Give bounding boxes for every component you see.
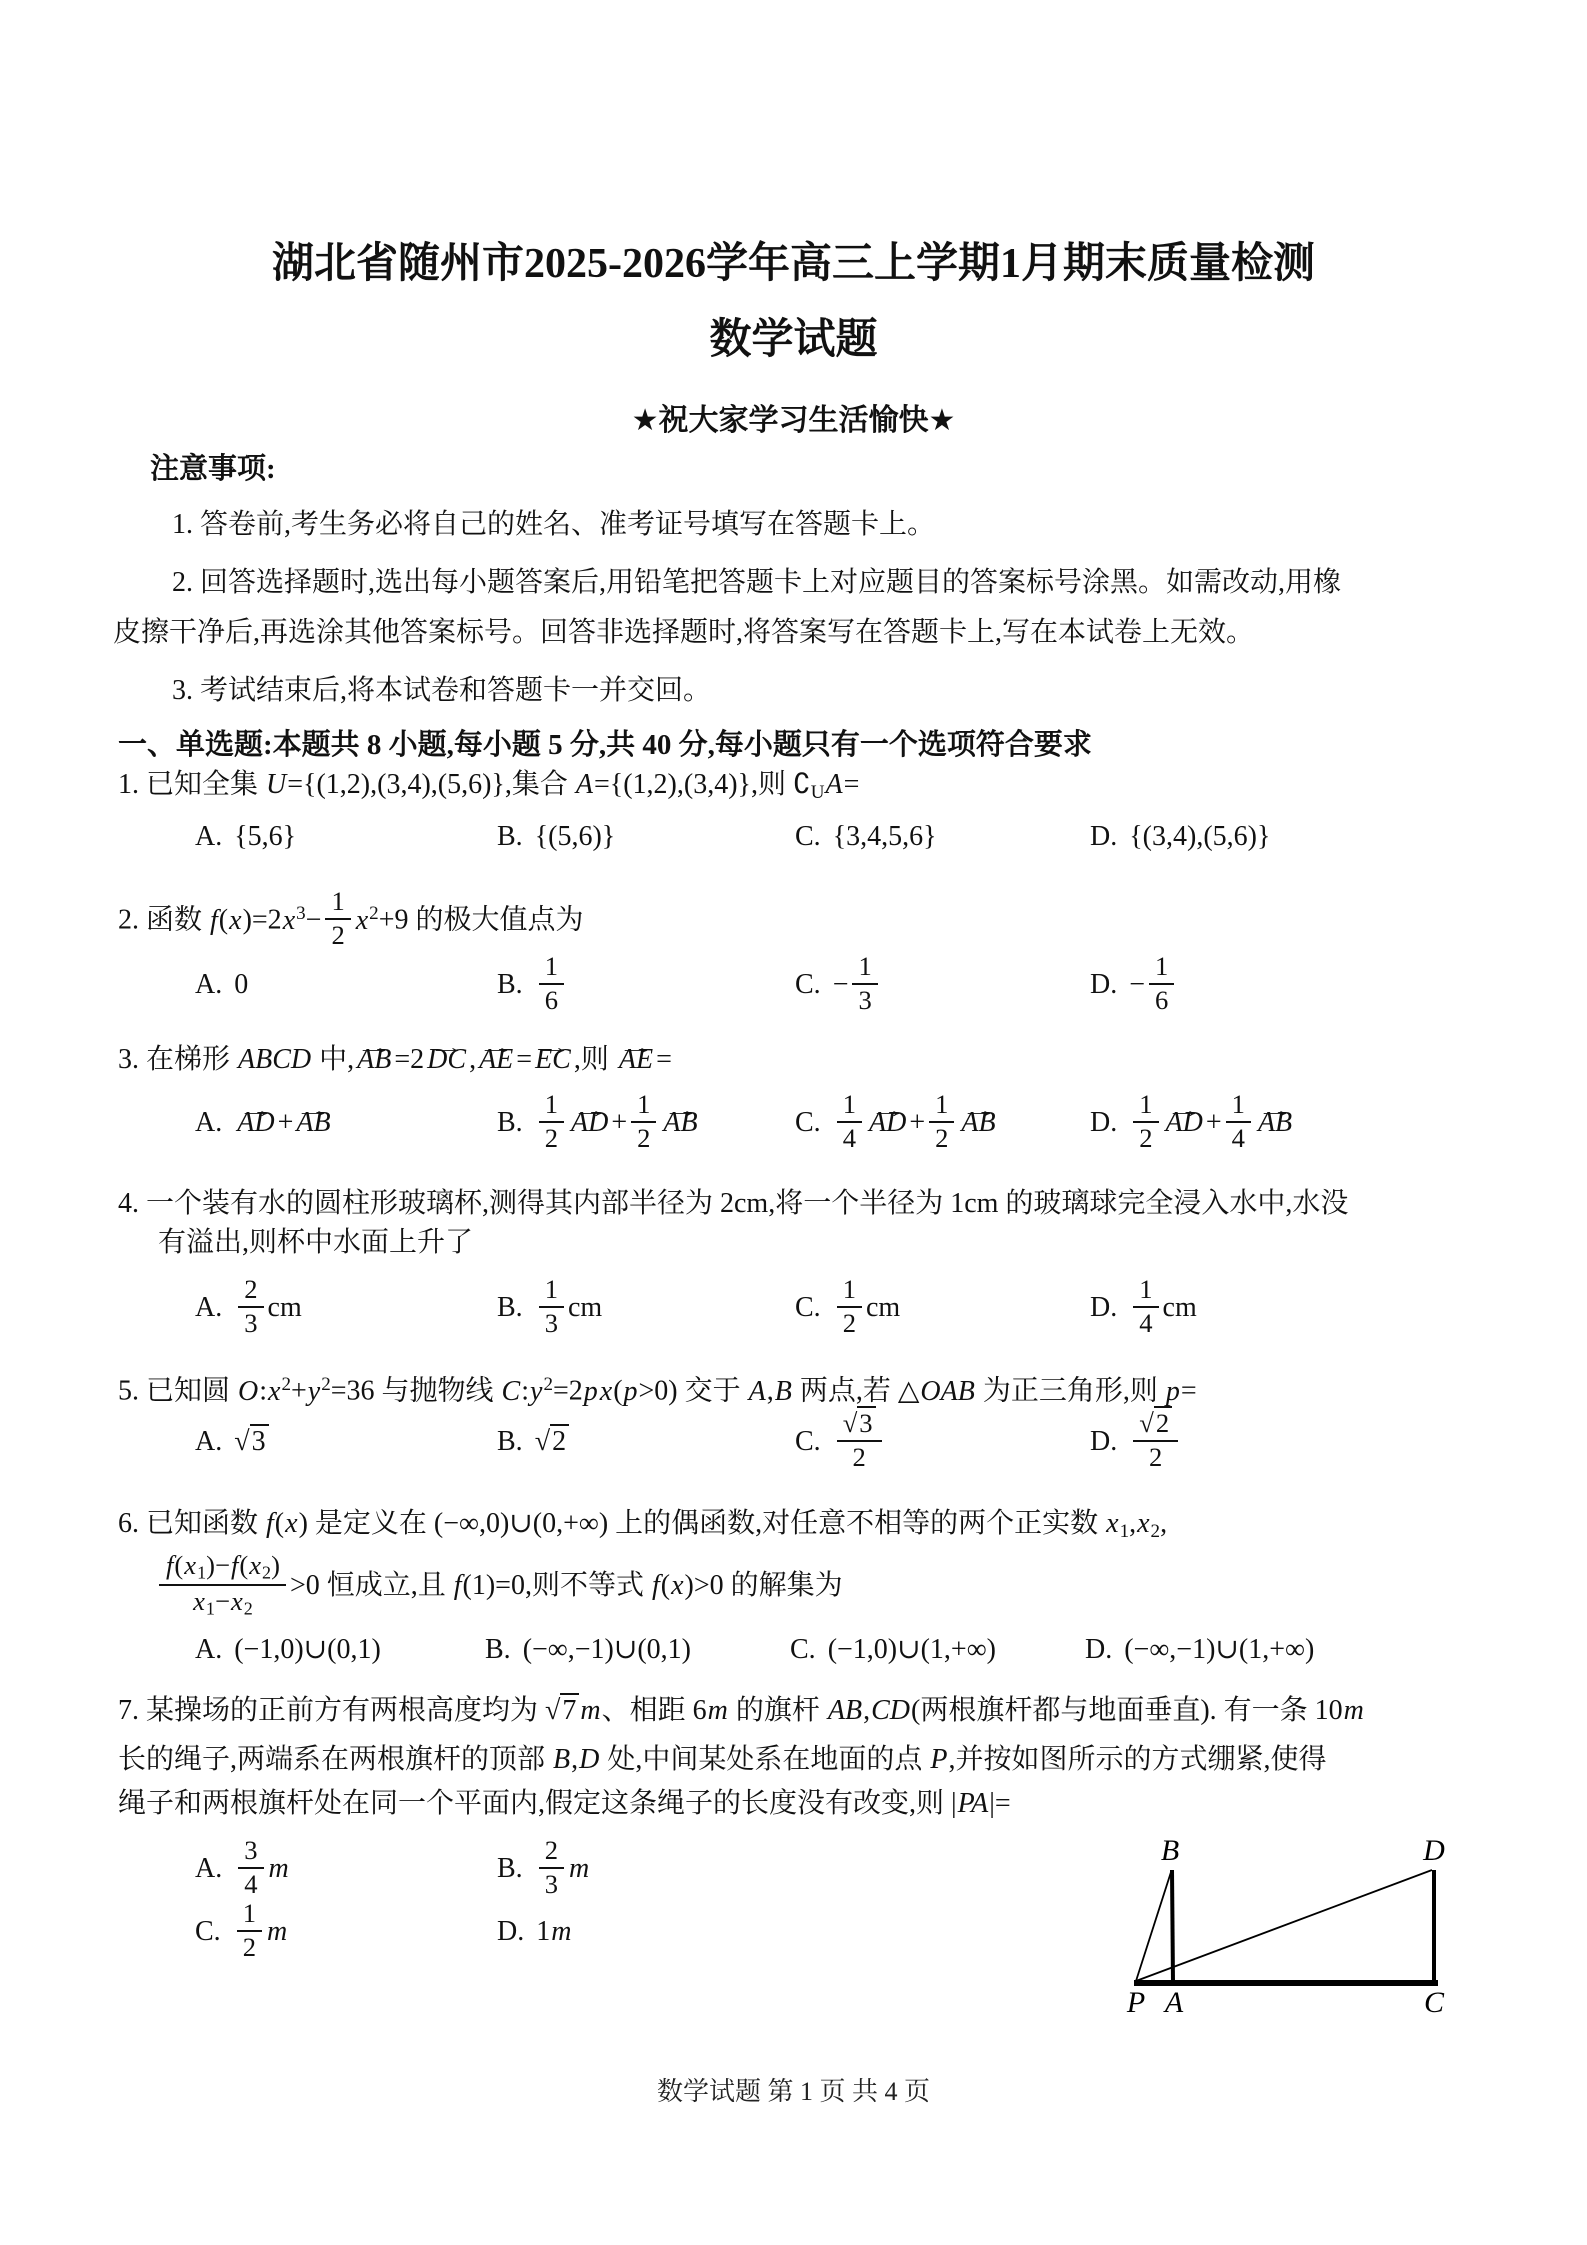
q7-stem-line-2: 长的绳子,两端系在两根旗杆的顶部 B,D 处,中间某处系在地面的点 P,并按如图…: [118, 1742, 1327, 1778]
q3-option-c: C.14AD+12AB: [795, 1085, 999, 1161]
q4-option-b: B.13cm: [497, 1270, 602, 1346]
option-label: D.: [1090, 821, 1117, 852]
notice-item-1: 1. 答卷前,考生务必将自己的姓名、准考证号填写在答题卡上。: [172, 507, 935, 543]
option-label: A.: [195, 1292, 222, 1323]
option-value: √3: [234, 1424, 268, 1457]
option-label: D.: [497, 1916, 524, 1947]
option-value: √2: [535, 1424, 569, 1457]
q3-option-b: B.12AD+12AB: [497, 1085, 701, 1161]
option-label: C.: [795, 1107, 821, 1138]
option-label: B.: [485, 1634, 511, 1665]
option-value: {(3,4),(5,6)}: [1129, 821, 1270, 852]
q2-option-b: B.16: [497, 947, 568, 1023]
option-label: C.: [195, 1916, 221, 1947]
figure-label-c: C: [1424, 1986, 1445, 2019]
option-value: (−∞,−1)∪(0,1): [523, 1634, 691, 1665]
option-value: 12cm: [833, 1292, 901, 1323]
q5-option-a: A.√3: [195, 1400, 269, 1484]
motto-line: ★祝大家学习生活愉快★: [0, 401, 1587, 441]
option-value: {3,4,5,6}: [833, 821, 937, 852]
option-value: 23m: [535, 1853, 591, 1884]
q7-option-c: C.12m: [195, 1892, 288, 1972]
option-value: AD+AB: [234, 1107, 333, 1138]
option-label: B.: [497, 1292, 523, 1323]
option-label: A.: [195, 821, 222, 852]
option-value: −13: [833, 969, 882, 1000]
option-label: B.: [497, 821, 523, 852]
option-value: (−∞,−1)∪(1,+∞): [1124, 1634, 1314, 1665]
q7-stem-line-3: 绳子和两根旗杆处在同一个平面内,假定这条绳子的长度没有改变,则 |PA|=: [118, 1786, 1011, 1822]
option-value: −16: [1129, 969, 1178, 1000]
option-label: C.: [790, 1634, 816, 1665]
q1-option-b: B.{(5,6)}: [497, 819, 615, 855]
q2-option-d: D.−16: [1090, 947, 1178, 1023]
option-label: D.: [1090, 1292, 1117, 1323]
option-label: B.: [497, 1853, 523, 1884]
option-label: C.: [795, 1426, 821, 1457]
figure-label-b: B: [1161, 1840, 1179, 1867]
option-value: {5,6}: [234, 821, 296, 852]
page-subtitle: 数学试题: [0, 315, 1587, 365]
option-label: B.: [497, 1107, 523, 1138]
q1-option-c: C.{3,4,5,6}: [795, 819, 937, 855]
q4-option-a: A.23cm: [195, 1270, 302, 1346]
rope-pb-line: [1136, 1872, 1171, 1981]
notice-item-2-line-2: 皮擦干净后,再选涂其他答案标号。回答非选择题时,将答案写在答题卡上,写在本试卷上…: [113, 615, 1254, 651]
option-label: A.: [195, 1634, 222, 1665]
page-footer: 数学试题 第 1 页 共 4 页: [0, 2071, 1587, 2108]
option-value: (−1,0)∪(1,+∞): [828, 1634, 996, 1665]
option-label: A.: [195, 1426, 222, 1457]
q4-stem-line-1: 4. 一个装有水的圆柱形玻璃杯,测得其内部半径为 2cm,将一个半径为 1cm …: [118, 1186, 1348, 1222]
flagpole-ab-line: [1172, 1870, 1173, 1983]
option-label: B.: [497, 1426, 523, 1457]
option-label: C.: [795, 1292, 821, 1323]
option-label: D.: [1085, 1634, 1112, 1665]
option-value: √32: [833, 1426, 886, 1457]
q4-option-d: D.14cm: [1090, 1270, 1197, 1346]
notice-item-2-line-1: 2. 回答选择题时,选出每小题答案后,用铅笔把答题卡上对应题目的答案标号涂黑。如…: [172, 565, 1341, 601]
section-1-heading: 一、单选题:本题共 8 小题,每小题 5 分,共 40 分,每小题只有一个选项符…: [118, 727, 1092, 763]
option-label: D.: [1090, 1107, 1117, 1138]
option-label: C.: [795, 969, 821, 1000]
q6-stem-line-2: f(x1)−f(x2)x1−x2>0 恒成立,且 f(1)=0,则不等式 f(x…: [155, 1544, 843, 1628]
q1-stem: 1. 已知全集 U={(1,2),(3,4),(5,6)},集合 A={(1,2…: [118, 767, 859, 811]
option-value: 14cm: [1129, 1292, 1197, 1323]
q7-option-d: D.1m: [497, 1892, 572, 1972]
q5-stem: 5. 已知圆 O:x2+y2=36 与抛物线 C:y2=2px(p>0) 交于 …: [118, 1366, 1197, 1411]
q4-option-c: C.12cm: [795, 1270, 900, 1346]
q3-option-a: A.AD+AB: [195, 1085, 334, 1161]
page-title: 湖北省随州市2025-2026学年高三上学期1月期末质量检测: [0, 230, 1587, 290]
q1-option-d: D.{(3,4),(5,6)}: [1090, 819, 1270, 855]
option-value: (−1,0)∪(0,1): [234, 1634, 381, 1665]
option-label: D.: [1090, 1426, 1117, 1457]
exam-paper-page: 湖北省随州市2025-2026学年高三上学期1月期末质量检测 数学试题 ★祝大家…: [0, 0, 1587, 2245]
option-value: 14AD+12AB: [833, 1107, 999, 1138]
figure-label-p: P: [1126, 1986, 1145, 2019]
q6-option-b: B.(−∞,−1)∪(0,1): [485, 1632, 691, 1668]
option-label: A.: [195, 1107, 222, 1138]
option-label: D.: [1090, 969, 1117, 1000]
q5-option-c: C.√32: [795, 1400, 886, 1484]
option-value: 12AD+14AB: [1129, 1107, 1295, 1138]
option-value: 1m: [536, 1916, 572, 1947]
q7-stem-line-1: 7. 某操场的正前方有两根高度均为 √7m、相距 6m 的旗杆 AB,CD(两根…: [118, 1692, 1365, 1730]
q6-option-d: D.(−∞,−1)∪(1,+∞): [1085, 1632, 1314, 1668]
option-value: 13cm: [535, 1292, 603, 1323]
q1-option-a: A.{5,6}: [195, 819, 296, 855]
option-value: 0: [234, 969, 248, 1000]
option-label: C.: [795, 821, 821, 852]
q2-option-c: C.−13: [795, 947, 882, 1023]
notice-item-3: 3. 考试结束后,将本试卷和答题卡一并交回。: [172, 673, 711, 709]
option-value: 12AD+12AB: [535, 1107, 701, 1138]
option-value: 12m: [233, 1916, 289, 1947]
option-label: A.: [195, 1853, 222, 1884]
option-label: A.: [195, 969, 222, 1000]
option-value: √22: [1129, 1426, 1182, 1457]
option-value: 34m: [234, 1853, 290, 1884]
q3-option-d: D.12AD+14AB: [1090, 1085, 1295, 1161]
option-value: 23cm: [234, 1292, 302, 1323]
q7-flagpole-figure: B D P A C: [1120, 1840, 1455, 2020]
q2-option-a: A.0: [195, 947, 248, 1023]
q6-option-a: A.(−1,0)∪(0,1): [195, 1632, 381, 1668]
notice-label: 注意事项:: [150, 451, 276, 487]
option-value: 16: [535, 969, 568, 1000]
figure-label-d: D: [1422, 1840, 1445, 1867]
rope-pd-line: [1136, 1870, 1432, 1981]
q5-option-d: D.√22: [1090, 1400, 1182, 1484]
q6-option-c: C.(−1,0)∪(1,+∞): [790, 1632, 996, 1668]
q5-option-b: B.√2: [497, 1400, 569, 1484]
option-label: B.: [497, 969, 523, 1000]
q4-stem-line-2: 有溢出,则杯中水面上升了: [158, 1225, 473, 1261]
figure-label-a: A: [1163, 1986, 1184, 2019]
option-value: {(5,6)}: [535, 821, 616, 852]
